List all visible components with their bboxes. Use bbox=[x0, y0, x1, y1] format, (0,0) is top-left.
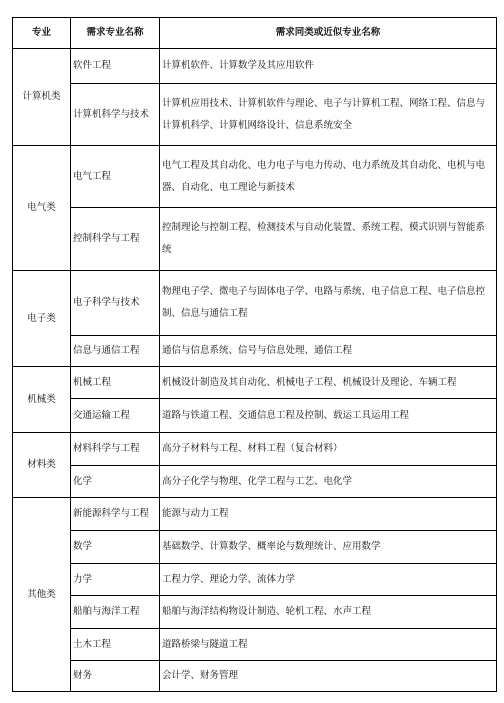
similar-majors-cell: 道路与铁道工程、交通信息工程及控制、载运工具运用工程 bbox=[160, 399, 497, 433]
header-similar-majors: 需求同类或近似专业名称 bbox=[160, 18, 497, 49]
table-row: 其他类新能源科学与工程能源与动力工程 bbox=[13, 498, 497, 531]
category-cell: 电子类 bbox=[13, 271, 71, 367]
similar-majors-cell: 通信与信息系统、信号与信息处理、通信工程 bbox=[160, 336, 497, 367]
required-major-cell: 机械工程 bbox=[71, 367, 160, 399]
table-row: 船舶与海洋工程船舶与海洋结构物设计制造、轮机工程、水声工程 bbox=[13, 596, 497, 629]
required-major-cell: 计算机科学与技术 bbox=[71, 84, 160, 146]
category-cell: 其他类 bbox=[13, 498, 71, 692]
required-major-cell: 信息与通信工程 bbox=[71, 336, 160, 367]
majors-table: 专业 需求专业名称 需求同类或近似专业名称 计算机类软件工程计算机软件、计算数学… bbox=[12, 17, 497, 692]
table-row: 电子类电子科学与技术物理电子学、微电子与固体电子学、电路与系统、电子信息工程、电… bbox=[13, 271, 497, 336]
table-body: 计算机类软件工程计算机软件、计算数学及其应用软件计算机科学与技术计算机应用技术、… bbox=[13, 49, 497, 692]
similar-majors-cell: 电气工程及其自动化、电力电子与电力传动、电力系统及其自动化、电机与电器、自动化、… bbox=[160, 146, 497, 208]
table-header-row: 专业 需求专业名称 需求同类或近似专业名称 bbox=[13, 18, 497, 49]
required-major-cell: 数学 bbox=[71, 531, 160, 564]
similar-majors-cell: 工程力学、理论力学、流体力学 bbox=[160, 564, 497, 596]
required-major-cell: 化学 bbox=[71, 466, 160, 498]
table-row: 数学基础数学、计算数学、概率论与数理统计、应用数学 bbox=[13, 531, 497, 564]
similar-majors-cell: 控制理论与控制工程、检测技术与自动化装置、系统工程、模式识别与智能系统 bbox=[160, 208, 497, 271]
required-major-cell: 电子科学与技术 bbox=[71, 271, 160, 336]
similar-majors-cell: 道路桥梁与隧道工程 bbox=[160, 629, 497, 661]
table-row: 计算机类软件工程计算机软件、计算数学及其应用软件 bbox=[13, 49, 497, 84]
similar-majors-cell: 高分子化学与物理、化学工程与工艺、电化学 bbox=[160, 466, 497, 498]
required-major-cell: 新能源科学与工程 bbox=[71, 498, 160, 531]
required-major-cell: 控制科学与工程 bbox=[71, 208, 160, 271]
category-cell: 电气类 bbox=[13, 146, 71, 271]
similar-majors-cell: 高分子材料与工程、材料工程（复合材料） bbox=[160, 433, 497, 466]
category-cell: 计算机类 bbox=[13, 49, 71, 146]
required-major-cell: 材料科学与工程 bbox=[71, 433, 160, 466]
table-row: 控制科学与工程控制理论与控制工程、检测技术与自动化装置、系统工程、模式识别与智能… bbox=[13, 208, 497, 271]
similar-majors-cell: 基础数学、计算数学、概率论与数理统计、应用数学 bbox=[160, 531, 497, 564]
table-row: 信息与通信工程通信与信息系统、信号与信息处理、通信工程 bbox=[13, 336, 497, 367]
header-required-major: 需求专业名称 bbox=[71, 18, 160, 49]
table-row: 交通运输工程道路与铁道工程、交通信息工程及控制、载运工具运用工程 bbox=[13, 399, 497, 433]
table-row: 电气类电气工程电气工程及其自动化、电力电子与电力传动、电力系统及其自动化、电机与… bbox=[13, 146, 497, 208]
table-row: 机械类机械工程机械设计制造及其自动化、机械电子工程、机械设计及理论、车辆工程 bbox=[13, 367, 497, 399]
required-major-cell: 船舶与海洋工程 bbox=[71, 596, 160, 629]
similar-majors-cell: 船舶与海洋结构物设计制造、轮机工程、水声工程 bbox=[160, 596, 497, 629]
required-major-cell: 力学 bbox=[71, 564, 160, 596]
table-row: 化学高分子化学与物理、化学工程与工艺、电化学 bbox=[13, 466, 497, 498]
similar-majors-cell: 计算机应用技术、计算机软件与理论、电子与计算机工程、网络工程、信息与计算机科学、… bbox=[160, 84, 497, 146]
table-row: 力学工程力学、理论力学、流体力学 bbox=[13, 564, 497, 596]
table-row: 计算机科学与技术计算机应用技术、计算机软件与理论、电子与计算机工程、网络工程、信… bbox=[13, 84, 497, 146]
similar-majors-cell: 机械设计制造及其自动化、机械电子工程、机械设计及理论、车辆工程 bbox=[160, 367, 497, 399]
required-major-cell: 土木工程 bbox=[71, 629, 160, 661]
category-cell: 材料类 bbox=[13, 433, 71, 498]
table-row: 土木工程道路桥梁与隧道工程 bbox=[13, 629, 497, 661]
table-row: 材料类材料科学与工程高分子材料与工程、材料工程（复合材料） bbox=[13, 433, 497, 466]
table-row: 财务会计学、财务管理 bbox=[13, 661, 497, 692]
similar-majors-cell: 物理电子学、微电子与固体电子学、电路与系统、电子信息工程、电子信息控制、信息与通… bbox=[160, 271, 497, 336]
required-major-cell: 财务 bbox=[71, 661, 160, 692]
required-major-cell: 电气工程 bbox=[71, 146, 160, 208]
required-major-cell: 软件工程 bbox=[71, 49, 160, 84]
similar-majors-cell: 计算机软件、计算数学及其应用软件 bbox=[160, 49, 497, 84]
header-category: 专业 bbox=[13, 18, 71, 49]
similar-majors-cell: 能源与动力工程 bbox=[160, 498, 497, 531]
category-cell: 机械类 bbox=[13, 367, 71, 433]
similar-majors-cell: 会计学、财务管理 bbox=[160, 661, 497, 692]
required-major-cell: 交通运输工程 bbox=[71, 399, 160, 433]
